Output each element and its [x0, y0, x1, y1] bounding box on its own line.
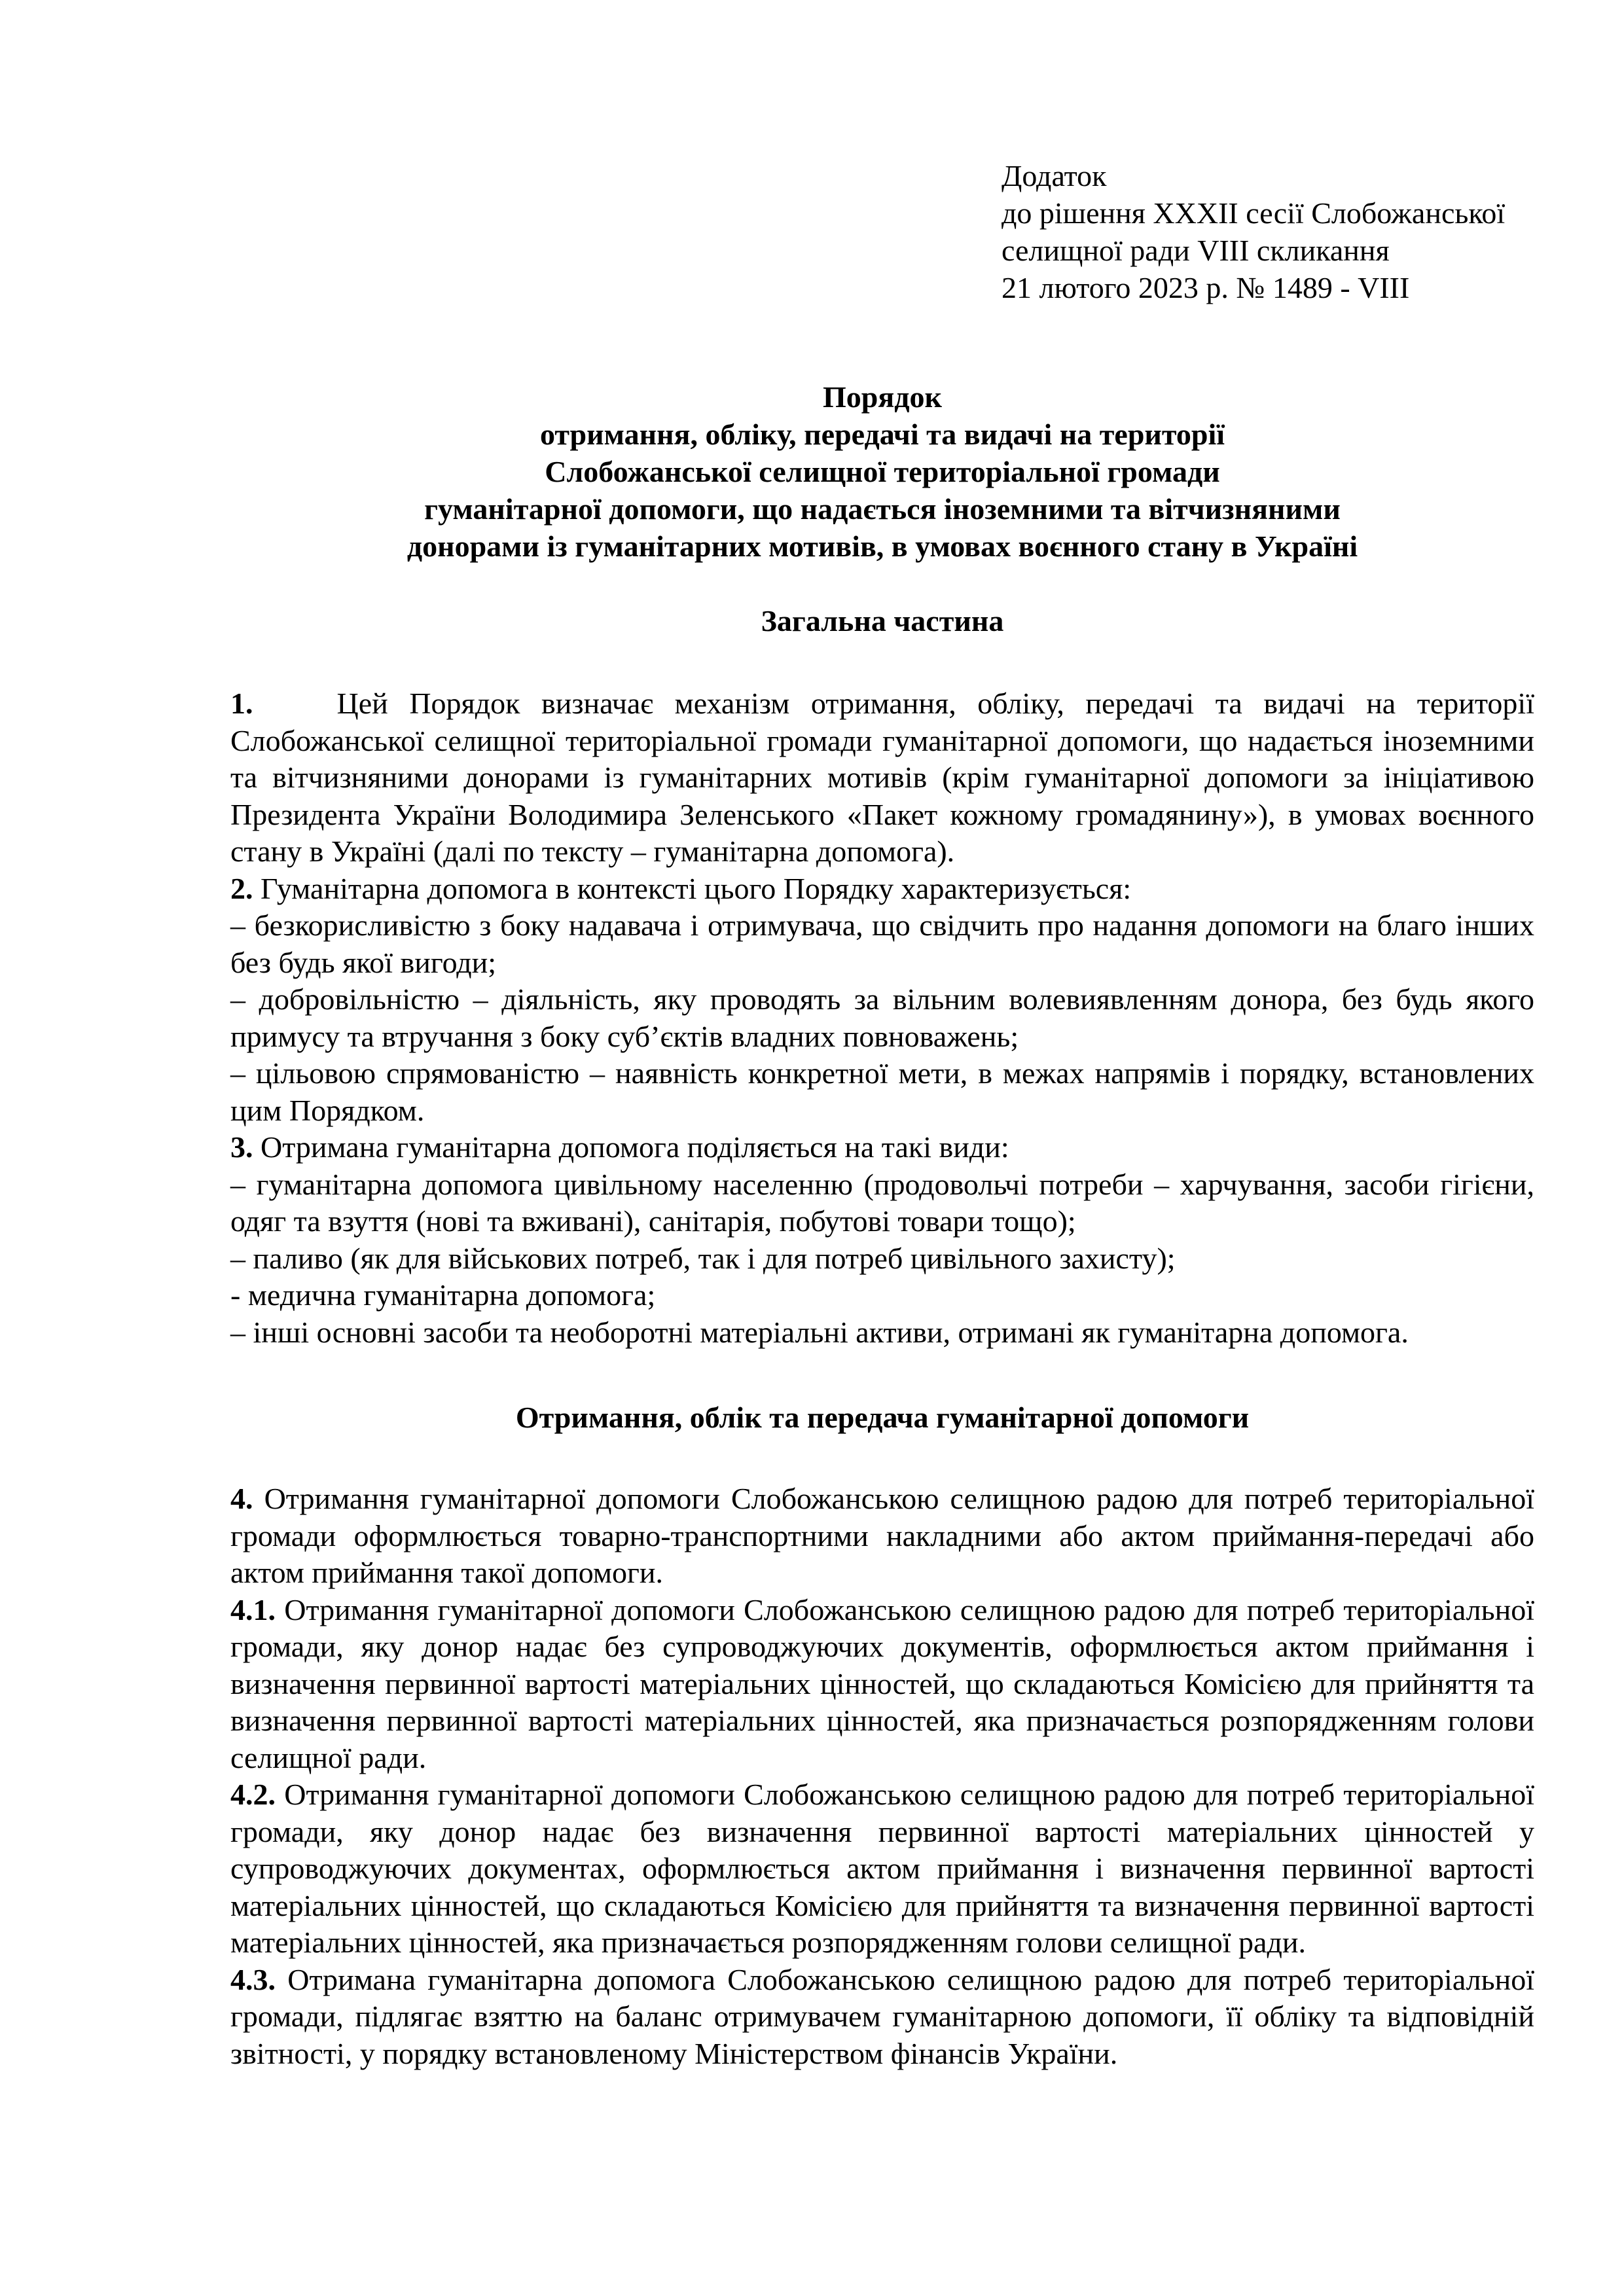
paragraph-text: Отримана гуманітарна допомога поділяєтьс…: [261, 1130, 1009, 1164]
title-line: отримання, обліку, передачі та видачі на…: [230, 416, 1534, 453]
list-item: – інші основні засоби та необоротні мате…: [230, 1314, 1534, 1352]
title-line: донорами із гуманітарних мотивів, в умов…: [230, 528, 1534, 565]
paragraph-1: 1.Цей Порядок визначає механізм отриманн…: [230, 685, 1534, 870]
paragraph-4: 4. Отримання гуманітарної допомоги Слобо…: [230, 1480, 1534, 1592]
paragraph-text: Отримана гуманітарна допомога Слобожансь…: [230, 1963, 1534, 2070]
section-heading-receipt: Отримання, облік та передача гуманітарно…: [230, 1399, 1534, 1436]
paragraph-number: 4.1.: [230, 1593, 276, 1626]
list-item: – паливо (як для військових потреб, так …: [230, 1240, 1534, 1278]
paragraph-number: 2.: [230, 872, 253, 905]
section-general-body: 1.Цей Порядок визначає механізм отриманн…: [230, 685, 1534, 1351]
paragraph-number: 3.: [230, 1130, 253, 1164]
list-item: - медична гуманітарна допомога;: [230, 1277, 1534, 1314]
paragraph-text: Отримання гуманітарної допомоги Слобожан…: [230, 1778, 1534, 1959]
paragraph-number: 4.3.: [230, 1963, 276, 1996]
paragraph-2: 2. Гуманітарна допомога в контексті цьог…: [230, 870, 1534, 908]
paragraph-number: 1.: [230, 687, 253, 720]
paragraph-text: Отримання гуманітарної допомоги Слобожан…: [230, 1593, 1534, 1774]
list-item: – добровільністю – діяльність, яку прово…: [230, 981, 1534, 1055]
list-item: – безкорисливістю з боку надавача і отри…: [230, 907, 1534, 981]
paragraph-text: Отримання гуманітарної допомоги Слобожан…: [230, 1482, 1534, 1589]
document-title: Порядок отримання, обліку, передачі та в…: [230, 378, 1534, 565]
section-receipt-body: 4. Отримання гуманітарної допомоги Слобо…: [230, 1480, 1534, 2072]
addendum-label: Додаток: [1001, 157, 1505, 194]
paragraph-text: Цей Порядок визначає механізм отримання,…: [230, 687, 1534, 868]
title-line: Слобожанської селищної територіальної гр…: [230, 453, 1534, 490]
paragraph-number: 4.2.: [230, 1778, 276, 1811]
title-line: гуманітарної допомоги, що надається іноз…: [230, 490, 1534, 528]
paragraph-4-1: 4.1. Отримання гуманітарної допомоги Сло…: [230, 1592, 1534, 1777]
addendum-decision: до рішення XXXII сесії Слобожанської: [1001, 194, 1505, 232]
paragraph-4-2: 4.2. Отримання гуманітарної допомоги Сло…: [230, 1776, 1534, 1962]
addendum-header: Додаток до рішення XXXII сесії Слобожанс…: [1001, 157, 1505, 306]
paragraph-4-3: 4.3. Отримана гуманітарна допомога Слобо…: [230, 1962, 1534, 2073]
paragraph-number: 4.: [230, 1482, 253, 1515]
paragraph-text: Гуманітарна допомога в контексті цього П…: [261, 872, 1131, 905]
title-line: Порядок: [230, 378, 1534, 416]
list-item: – гуманітарна допомога цивільному населе…: [230, 1166, 1534, 1240]
addendum-council: селищної ради VIII скликання: [1001, 232, 1505, 269]
list-item: – цільовою спрямованістю – наявність кон…: [230, 1055, 1534, 1129]
addendum-date-number: 21 лютого 2023 р. № 1489 - VIII: [1001, 269, 1505, 306]
section-heading-general: Загальна частина: [230, 602, 1534, 639]
paragraph-3: 3. Отримана гуманітарна допомога поділяє…: [230, 1129, 1534, 1166]
